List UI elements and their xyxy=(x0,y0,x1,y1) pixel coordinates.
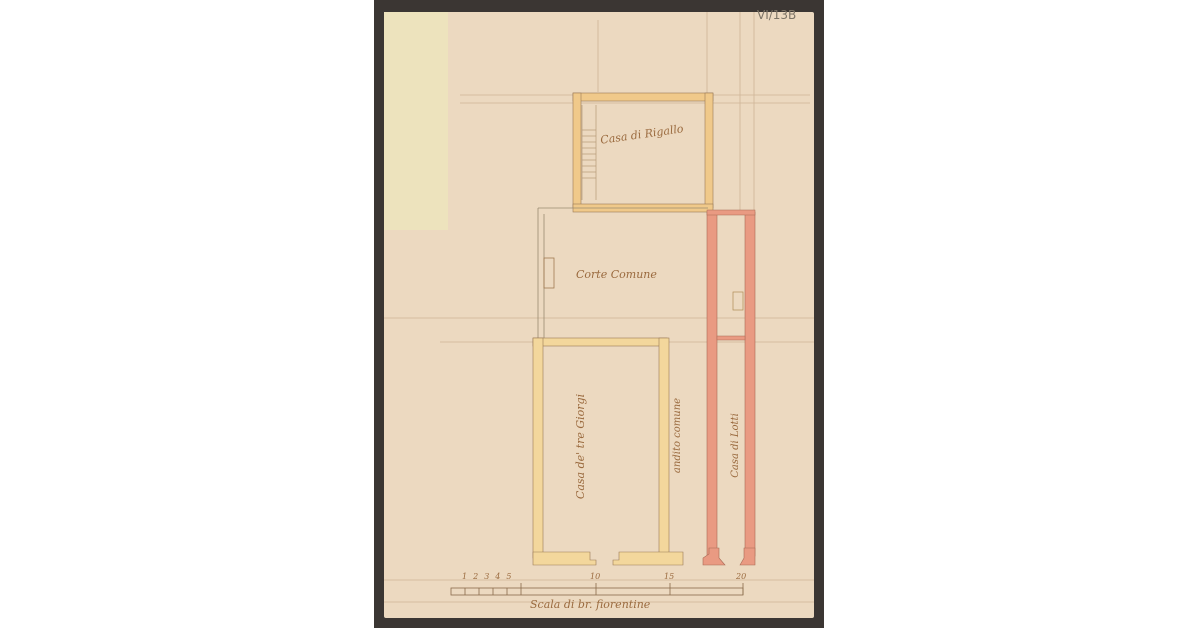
top-room-walls xyxy=(573,93,713,212)
archive-reference-mark: VI/13B xyxy=(757,8,796,22)
scale-bar xyxy=(451,583,743,595)
scale-caption: Scala di br. fiorentine xyxy=(530,598,650,611)
lower-room-walls xyxy=(533,338,683,565)
scale-tick-20: 20 xyxy=(736,572,746,581)
scale-tick-10: 10 xyxy=(590,572,600,581)
floor-plan-drawing xyxy=(0,0,1200,628)
scale-ticks-small: 12345 xyxy=(462,572,517,581)
label-lower-room: Casa de' tre Giorgi xyxy=(574,394,587,499)
label-right-room: Casa di Lotti xyxy=(730,413,741,478)
red-room-walls xyxy=(703,210,755,565)
label-court: Corte Comune xyxy=(576,268,657,281)
label-passage: andito comune xyxy=(672,398,683,473)
scale-tick-15: 15 xyxy=(664,572,674,581)
